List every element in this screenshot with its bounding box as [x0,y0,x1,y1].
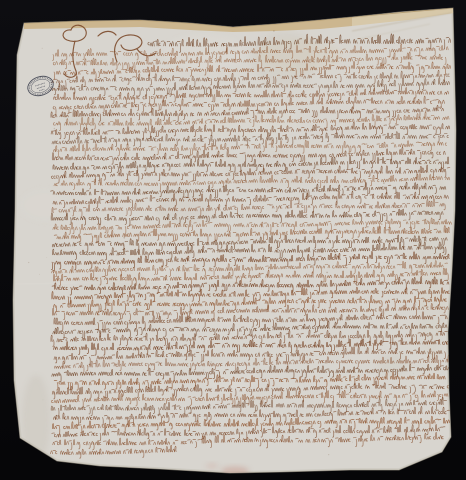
speck [81,53,82,54]
speck [306,408,307,409]
speck [328,454,329,455]
speck [389,420,390,421]
speck [367,226,369,228]
speck [94,227,95,228]
speck [206,319,208,321]
speck [413,373,414,374]
texture-blotch [64,116,108,128]
speck [47,257,48,258]
speck [54,128,56,130]
speck [211,361,212,362]
stain [70,270,170,330]
speck [43,400,44,401]
speck [436,247,437,248]
speck [183,200,184,201]
stain [206,463,218,469]
speck [132,156,133,157]
speck [349,120,350,121]
speck [85,303,86,304]
speck [342,100,343,101]
speck [396,298,398,300]
speck [342,404,344,406]
speck [299,275,300,276]
speck [405,364,406,365]
speck [302,240,303,241]
speck [185,263,186,264]
speck [172,310,173,311]
speck [246,140,247,141]
speck [128,171,129,172]
speck [289,337,290,338]
speck [438,40,439,41]
speck [298,255,299,256]
speck [119,62,120,63]
speck [132,368,133,369]
speck [39,274,40,275]
speck [203,369,204,370]
speck [28,262,29,263]
stain [221,467,249,476]
speck [177,219,178,220]
manuscript-scan: Digitised medieval parchment charter, de… [0,0,466,480]
speck [42,48,43,49]
speck [253,67,254,68]
speck [284,257,285,258]
speck [326,272,328,274]
photo-background: Digitised medieval parchment charter, de… [0,0,466,480]
speck [186,341,187,342]
stain [22,375,50,465]
speck [376,351,377,352]
speck [410,63,412,65]
speck [100,308,101,309]
speck [267,186,268,187]
parchment [13,8,456,476]
speck [177,138,178,139]
speck [404,279,406,281]
speck [383,182,385,184]
speck [425,66,426,67]
speck [259,352,260,353]
texture-blotch [204,362,257,394]
speck [352,442,353,443]
speck [273,30,274,31]
speck [204,247,205,248]
speck [303,136,304,137]
speck [124,237,126,239]
